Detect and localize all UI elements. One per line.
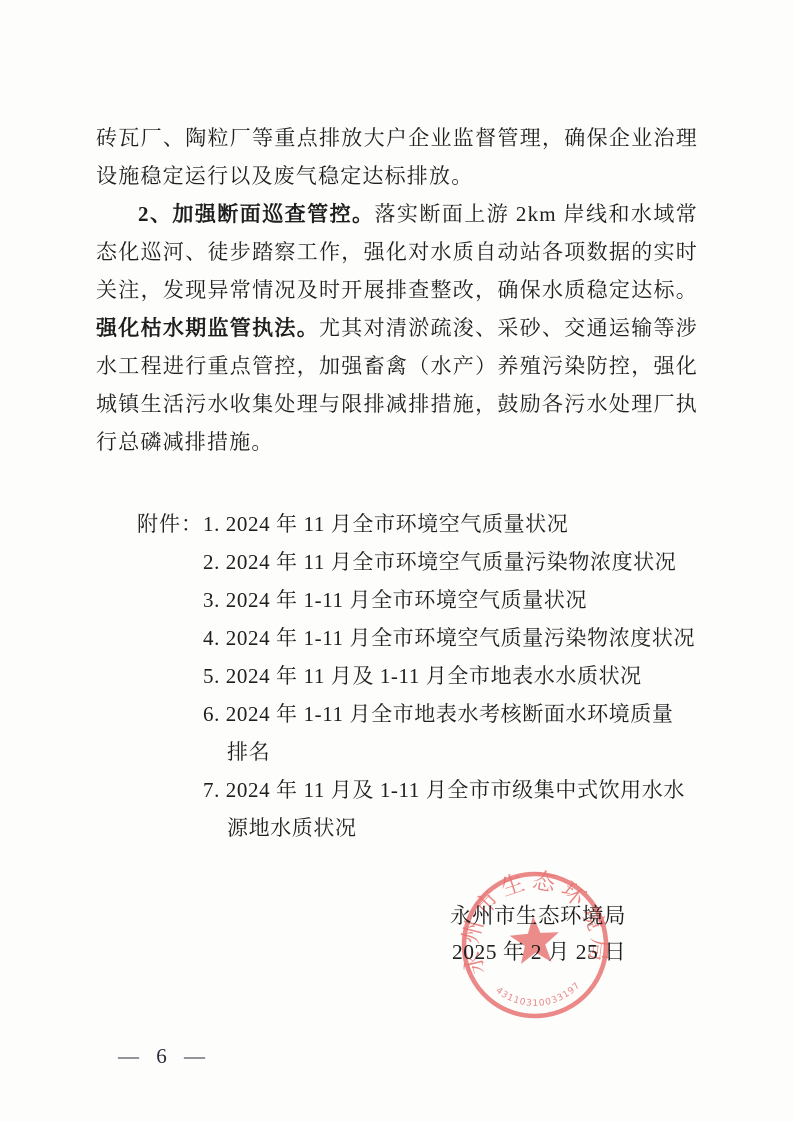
attachment-item-continuation: 排名: [227, 733, 698, 771]
section-heading-bold: 2、加强断面巡查管控。: [138, 202, 374, 226]
attachment-item: 6. 2024 年 1-11 月全市地表水考核断面水环境质量: [203, 695, 698, 733]
document-body: 砖瓦厂、陶粒厂等重点排放大户企业监督管理，确保企业治理设施稳定运行以及废气稳定达…: [96, 119, 698, 847]
attachment-item: 5. 2024 年 11 月及 1-11 月全市地表水水质状况: [203, 657, 698, 695]
paragraph-section-2: 2、加强断面巡查管控。落实断面上游 2km 岸线和水域常态化巡河、徒步踏察工作，…: [96, 195, 698, 461]
paragraph-text: 砖瓦厂、陶粒厂等重点排放大户企业监督管理，确保企业治理设施稳定运行以及废气稳定达…: [96, 126, 698, 188]
paragraph-continued: 砖瓦厂、陶粒厂等重点排放大户企业监督管理，确保企业治理设施稳定运行以及废气稳定达…: [96, 119, 698, 195]
inline-heading-bold: 强化枯水期监管执法。: [96, 316, 319, 340]
attachments-label: 附件：: [137, 505, 203, 847]
document-page: 砖瓦厂、陶粒厂等重点排放大户企业监督管理，确保企业治理设施稳定运行以及废气稳定达…: [0, 0, 793, 1122]
attachment-item: 3. 2024 年 1-11 月全市环境空气质量状况: [203, 581, 698, 619]
signature-date: 2025 年 2 月 25 日: [452, 933, 626, 971]
attachment-item: 2. 2024 年 11 月全市环境空气质量污染物浓度状况: [203, 543, 698, 581]
attachment-item-continuation: 源地水质状况: [227, 809, 698, 847]
attachment-item: 4. 2024 年 1-11 月全市环境空气质量污染物浓度状况: [203, 619, 698, 657]
attachment-item: 1. 2024 年 11 月全市环境空气质量状况: [203, 505, 698, 543]
attachments-list: 1. 2024 年 11 月全市环境空气质量状况 2. 2024 年 11 月全…: [203, 505, 698, 847]
attachments-block: 附件： 1. 2024 年 11 月全市环境空气质量状况 2. 2024 年 1…: [137, 505, 698, 847]
attachment-item: 7. 2024 年 11 月及 1-11 月全市市级集中式饮用水水: [203, 771, 698, 809]
signature-agency: 永州市生态环境局: [450, 897, 626, 935]
page-number: — 6 —: [118, 1037, 211, 1075]
